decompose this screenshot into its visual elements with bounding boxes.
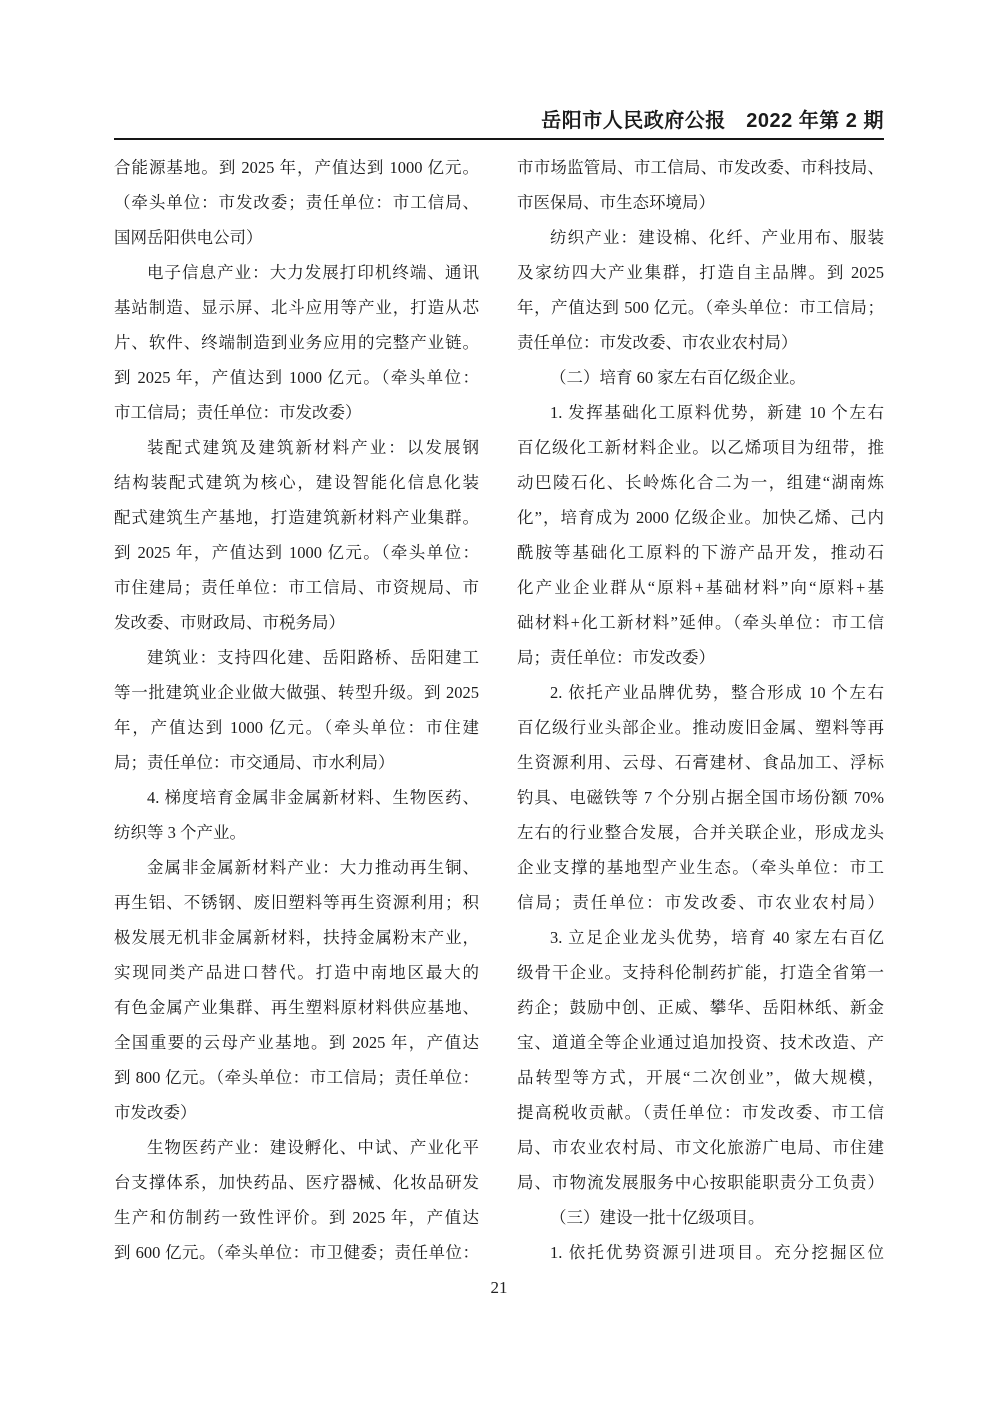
- text-line: 到 600 亿元。（牵头单位：市卫健委；责任单位：: [114, 1235, 479, 1270]
- text-line: 础材料+化工新材料”延伸。（牵头单位：市工信: [517, 605, 884, 640]
- text-line: （二）培育 60 家左右百亿级企业。: [517, 360, 884, 395]
- text-line: 实现同类产品进口替代。打造中南地区最大的: [114, 955, 479, 990]
- text-line: 等一批建筑业企业做大做强、转型升级。到 2025: [114, 675, 479, 710]
- text-line: 市医保局、市生态环境局）: [517, 185, 884, 220]
- text-line: 到 800 亿元。（牵头单位：市工信局；责任单位：: [114, 1060, 479, 1095]
- text-line: 台支撑体系，加快药品、医疗器械、化妆品研发: [114, 1165, 479, 1200]
- text-line: 到 2025 年，产值达到 1000 亿元。（牵头单位：: [114, 535, 479, 570]
- text-line: 市发改委）: [114, 1095, 479, 1130]
- text-line: 4. 梯度培育金属非金属新材料、生物医药、: [114, 780, 479, 815]
- text-line: 局、市农业农村局、市文化旅游广电局、市住建: [517, 1130, 884, 1165]
- text-line: 局、市物流发展服务中心按职能职责分工负责）: [517, 1165, 884, 1200]
- text-line: 动巴陵石化、长岭炼化合二为一，组建“湖南炼: [517, 465, 884, 500]
- text-line: 责任单位：市发改委、市农业农村局）: [517, 325, 884, 360]
- text-line: 钓具、电磁铁等 7 个分别占据全国市场份额 70%: [517, 780, 884, 815]
- page-header-title: 岳阳市人民政府公报 2022 年第 2 期: [541, 104, 884, 133]
- text-line: 发改委、市财政局、市税务局）: [114, 605, 479, 640]
- text-line: 药企；鼓励中创、正威、攀华、岳阳林纸、新金: [517, 990, 884, 1025]
- text-line: 年，产值达到 500 亿元。（牵头单位：市工信局；: [517, 290, 884, 325]
- text-line: 市住建局；责任单位：市工信局、市资规局、市: [114, 570, 479, 605]
- text-line: 生物医药产业：建设孵化、中试、产业化平: [114, 1130, 479, 1165]
- text-line: 左右的行业整合发展，合并关联企业，形成龙头: [517, 815, 884, 850]
- text-line: 基站制造、显示屏、北斗应用等产业，打造从芯: [114, 290, 479, 325]
- text-line: 百亿级行业头部企业。推动废旧金属、塑料等再: [517, 710, 884, 745]
- text-line: 全国重要的云母产业基地。到 2025 年，产值达: [114, 1025, 479, 1060]
- text-line: 国网岳阳供电公司）: [114, 220, 479, 255]
- text-line: 3. 立足企业龙头优势，培育 40 家左右百亿: [517, 920, 884, 955]
- text-line: 建筑业：支持四化建、岳阳路桥、岳阳建工: [114, 640, 479, 675]
- text-line: （牵头单位：市发改委；责任单位：市工信局、: [114, 185, 479, 220]
- text-line: 2. 依托产业品牌优势，整合形成 10 个左右: [517, 675, 884, 710]
- text-line: 宝、道道全等企业通过追加投资、技术改造、产: [517, 1025, 884, 1060]
- text-line: 年，产值达到 1000 亿元。（牵头单位：市住建: [114, 710, 479, 745]
- text-line: 配式建筑生产基地，打造建筑新材料产业集群。: [114, 500, 479, 535]
- text-line: 局；责任单位：市发改委）: [517, 640, 884, 675]
- text-line: 局；责任单位：市交通局、市水利局）: [114, 745, 479, 780]
- text-line: 市工信局；责任单位：市发改委）: [114, 395, 479, 430]
- text-line: 装配式建筑及建筑新材料产业：以发展钢: [114, 430, 479, 465]
- text-line: 纺织产业：建设棉、化纤、产业用布、服装: [517, 220, 884, 255]
- text-line: 到 2025 年，产值达到 1000 亿元。（牵头单位：: [114, 360, 479, 395]
- text-line: 化”，培育成为 2000 亿级企业。加快乙烯、己内: [517, 500, 884, 535]
- text-line: 级骨干企业。支持科伦制药扩能，打造全省第一: [517, 955, 884, 990]
- two-column-body: 合能源基地。到 2025 年，产值达到 1000 亿元。（牵头单位：市发改委；责…: [114, 150, 884, 1270]
- text-line: 提高税收贡献。（责任单位：市发改委、市工信: [517, 1095, 884, 1130]
- page-header: 岳阳市人民政府公报 2022 年第 2 期: [114, 0, 884, 140]
- text-line: 有色金属产业集群、再生塑料原材料供应基地、: [114, 990, 479, 1025]
- text-line: 金属非金属新材料产业：大力推动再生铜、: [114, 850, 479, 885]
- page-number: 21: [114, 1278, 884, 1298]
- left-column: 合能源基地。到 2025 年，产值达到 1000 亿元。（牵头单位：市发改委；责…: [114, 150, 479, 1270]
- text-line: 酰胺等基础化工原料的下游产品开发，推动石: [517, 535, 884, 570]
- text-line: 极发展无机非金属新材料，扶持金属粉末产业，: [114, 920, 479, 955]
- text-line: 合能源基地。到 2025 年，产值达到 1000 亿元。: [114, 150, 479, 185]
- text-line: 1. 发挥基础化工原料优势，新建 10 个左右: [517, 395, 884, 430]
- text-line: 结构装配式建筑为核心，建设智能化信息化装: [114, 465, 479, 500]
- text-line: 电子信息产业：大力发展打印机终端、通讯: [114, 255, 479, 290]
- page-content: 岳阳市人民政府公报 2022 年第 2 期 合能源基地。到 2025 年，产值达…: [0, 0, 992, 1298]
- text-line: 生产和仿制药一致性评价。到 2025 年，产值达: [114, 1200, 479, 1235]
- text-line: （三）建设一批十亿级项目。: [517, 1200, 884, 1235]
- text-line: 化产业企业群从“原料+基础材料”向“原料+基: [517, 570, 884, 605]
- text-line: 片、软件、终端制造到业务应用的完整产业链。: [114, 325, 479, 360]
- text-line: 品转型等方式，开展“二次创业”，做大规模，: [517, 1060, 884, 1095]
- text-line: 及家纺四大产业集群，打造自主品牌。到 2025: [517, 255, 884, 290]
- gazette-page: 岳阳市人民政府公报 2022 年第 2 期 合能源基地。到 2025 年，产值达…: [0, 0, 992, 1403]
- text-line: 信局；责任单位：市发改委、市农业农村局）: [517, 885, 884, 920]
- text-line: 企业支撑的基地型产业生态。（牵头单位：市工: [517, 850, 884, 885]
- right-column: 市市场监管局、市工信局、市发改委、市科技局、市医保局、市生态环境局）纺织产业：建…: [517, 150, 884, 1270]
- text-line: 纺织等 3 个产业。: [114, 815, 479, 850]
- text-line: 市市场监管局、市工信局、市发改委、市科技局、: [517, 150, 884, 185]
- text-line: 再生铝、不锈钢、废旧塑料等再生资源利用；积: [114, 885, 479, 920]
- text-line: 百亿级化工新材料企业。以乙烯项目为纽带，推: [517, 430, 884, 465]
- text-line: 生资源利用、云母、石膏建材、食品加工、浮标: [517, 745, 884, 780]
- text-line: 1. 依托优势资源引进项目。充分挖掘区位: [517, 1235, 884, 1270]
